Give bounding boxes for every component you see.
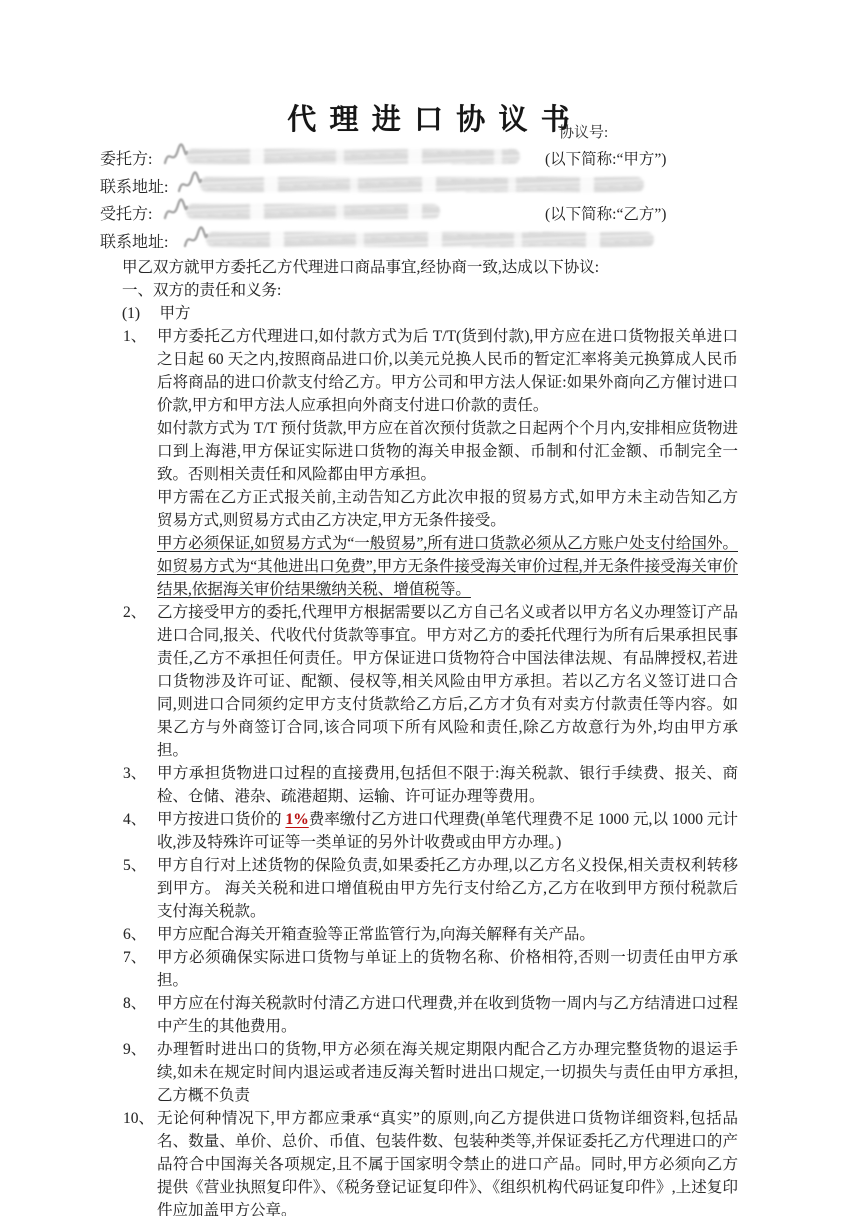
clause-item-1: 1、甲方委托乙方代理进口,如付款方式为后 T/T(货到付款),甲方应在进口货物报…	[122, 325, 738, 601]
blur-smear	[200, 177, 644, 192]
text-run: 甲方应在付海关税款时付清乙方进口代理费,并在收到货物一周内与乙方结清进口过程中产…	[157, 995, 738, 1035]
clause-paragraph: 甲方按进口货价的 1%费率缴付乙方进口代理费(单笔代理费不足 1000 元,以 …	[157, 808, 738, 854]
clause-item-3: 3、甲方承担货物进口过程的直接费用,包括但不限于:海关税款、银行手续费、报关、商…	[122, 762, 738, 808]
document-body: 甲乙双方就甲方委托乙方代理进口商品事宜,经协商一致,达成以下协议: 一、双方的责…	[122, 256, 738, 1216]
party-row-consignee: 受托方:(以下简称:“乙方”)	[100, 201, 760, 225]
party-alias-note: (以下简称:“甲方”)	[545, 147, 666, 169]
clause-number: 3、	[123, 762, 146, 785]
clause-paragraph: 甲方承担货物进口过程的直接费用,包括但不限于:海关税款、银行手续费、报关、商检、…	[157, 762, 738, 808]
clause-number: 7、	[123, 946, 146, 969]
text-run: 甲方承担货物进口过程的直接费用,包括但不限于:海关税款、银行手续费、报关、商检、…	[157, 765, 738, 805]
party-label: 受托方:	[100, 201, 152, 224]
clause-paragraph: 甲方必须保证,如贸易方式为“一般贸易”,所有进口货款必须从乙方账户处支付给国外。…	[157, 532, 738, 601]
clause-paragraph: 如付款方式为 T/T 预付货款,甲方应在首次预付货款之日起两个个月内,安排相应货…	[157, 417, 738, 486]
clause-number: 2、	[123, 601, 146, 624]
party-label: 委托方:	[100, 146, 152, 169]
redacted-value	[172, 201, 440, 221]
clause-paragraph: 乙方接受甲方的委托,代理甲方根据需要以乙方自己名义或者以甲方名义办理签订产品进口…	[157, 601, 738, 762]
text-run: 甲方需在乙方正式报关前,主动告知乙方此次申报的贸易方式,如甲方未主动告知乙方贸易…	[157, 489, 738, 529]
clause-item-9: 9、办理暂时进出口的货物,甲方必须在海关规定期限内配合乙方办理完整货物的退运手续…	[122, 1038, 738, 1107]
clause-item-4: 4、甲方按进口货价的 1%费率缴付乙方进口代理费(单笔代理费不足 1000 元,…	[122, 808, 738, 854]
text-run: 甲方按进口货价的	[157, 811, 285, 828]
handwritten-scribble-mark	[182, 226, 208, 257]
party-label: 联系地址:	[100, 174, 168, 197]
redacted-value	[192, 229, 654, 249]
text-run: 甲方自行对上述货物的保险负责,如果委托乙方办理,以乙方名义投保,相关责权利转移到…	[157, 857, 738, 920]
clause-number: 10、	[123, 1107, 154, 1130]
blur-smear	[186, 149, 520, 164]
clause-number: 4、	[123, 808, 146, 831]
agreement-number-label: 协议号:	[559, 121, 608, 142]
clause-paragraph: 甲方应在付海关税款时付清乙方进口代理费,并在收到货物一周内与乙方结清进口过程中产…	[157, 992, 738, 1038]
clause-item-7: 7、甲方必须确保实际进口货物与单证上的货物名称、价格相符,否则一切责任由甲方承担…	[122, 946, 738, 992]
party-row-consignor: 委托方:(以下简称:“甲方”)	[100, 146, 760, 170]
document-title: 代 理 进 口 协 议 书	[0, 97, 860, 138]
text-run: 办理暂时进出口的货物,甲方必须在海关规定期限内配合乙方办理完整货物的退运手续,如…	[157, 1041, 738, 1104]
intro-paragraph: 甲乙双方就甲方委托乙方代理进口商品事宜,经协商一致,达成以下协议:	[122, 256, 738, 279]
clause-paragraph: 办理暂时进出口的货物,甲方必须在海关规定期限内配合乙方办理完整货物的退运手续,如…	[157, 1038, 738, 1107]
text-run: 甲方必须保证,如贸易方式为“一般贸易”,所有进口货款必须从乙方账户处支付给国外。…	[157, 535, 738, 598]
subsection-heading: (1) 甲方	[122, 302, 738, 325]
handwritten-scribble-mark	[162, 143, 188, 174]
party-label: 联系地址:	[100, 229, 168, 252]
text-run: 乙方接受甲方的委托,代理甲方根据需要以乙方自己名义或者以甲方名义办理签订产品进口…	[157, 604, 738, 759]
clause-number: 5、	[123, 854, 146, 877]
section-heading: 一、双方的责任和义务:	[122, 279, 738, 302]
clause-paragraph: 甲方自行对上述货物的保险负责,如果委托乙方办理,以乙方名义投保,相关责权利转移到…	[157, 854, 738, 923]
clause-number: 1、	[123, 325, 146, 348]
clause-paragraph: 甲方应配合海关开箱查验等正常监管行为,向海关解释有关产品。	[157, 923, 738, 946]
highlighted-rate-value: 1%	[285, 811, 308, 828]
text-run: 如付款方式为 T/T 预付货款,甲方应在首次预付货款之日起两个个月内,安排相应货…	[157, 420, 738, 483]
redacted-value	[186, 174, 644, 194]
party-row-consignee-address: 联系地址:	[100, 229, 760, 253]
clause-paragraph: 甲方需在乙方正式报关前,主动告知乙方此次申报的贸易方式,如甲方未主动告知乙方贸易…	[157, 486, 738, 532]
blur-smear	[206, 232, 654, 247]
clause-item-10: 10、无论何种情况下,甲方都应秉承“真实”的原则,向乙方提供进口货物详细资料,包…	[122, 1107, 738, 1216]
handwritten-scribble-mark	[162, 198, 188, 229]
text-run: 甲方应配合海关开箱查验等正常监管行为,向海关解释有关产品。	[157, 926, 595, 943]
clause-item-2: 2、乙方接受甲方的委托,代理甲方根据需要以乙方自己名义或者以甲方名义办理签订产品…	[122, 601, 738, 762]
blur-smear	[186, 204, 440, 219]
clause-paragraph: 甲方必须确保实际进口货物与单证上的货物名称、价格相符,否则一切责任由甲方承担。	[157, 946, 738, 992]
clause-number: 6、	[123, 923, 146, 946]
party-row-consignor-address: 联系地址:	[100, 174, 760, 198]
party-alias-note: (以下简称:“乙方”)	[545, 202, 666, 224]
document-page: 代 理 进 口 协 议 书 协议号: 委托方:(以下简称:“甲方”)联系地址:受…	[0, 0, 860, 1216]
text-run: 甲方委托乙方代理进口,如付款方式为后 T/T(货到付款),甲方应在进口货物报关单…	[157, 328, 738, 414]
clause-paragraph: 甲方委托乙方代理进口,如付款方式为后 T/T(货到付款),甲方应在进口货物报关单…	[157, 325, 738, 417]
clause-item-5: 5、甲方自行对上述货物的保险负责,如果委托乙方办理,以乙方名义投保,相关责权利转…	[122, 854, 738, 923]
clause-paragraph: 无论何种情况下,甲方都应秉承“真实”的原则,向乙方提供进口货物详细资料,包括品名…	[157, 1107, 738, 1216]
redacted-value	[172, 146, 520, 166]
clause-list: 1、甲方委托乙方代理进口,如付款方式为后 T/T(货到付款),甲方应在进口货物报…	[122, 325, 738, 1216]
clause-number: 9、	[123, 1038, 146, 1061]
text-run: 无论何种情况下,甲方都应秉承“真实”的原则,向乙方提供进口货物详细资料,包括品名…	[157, 1110, 738, 1216]
text-run: 甲方必须确保实际进口货物与单证上的货物名称、价格相符,否则一切责任由甲方承担。	[157, 949, 738, 989]
clause-item-6: 6、甲方应配合海关开箱查验等正常监管行为,向海关解释有关产品。	[122, 923, 738, 946]
clause-item-8: 8、甲方应在付海关税款时付清乙方进口代理费,并在收到货物一周内与乙方结清进口过程…	[122, 992, 738, 1038]
clause-number: 8、	[123, 992, 146, 1015]
